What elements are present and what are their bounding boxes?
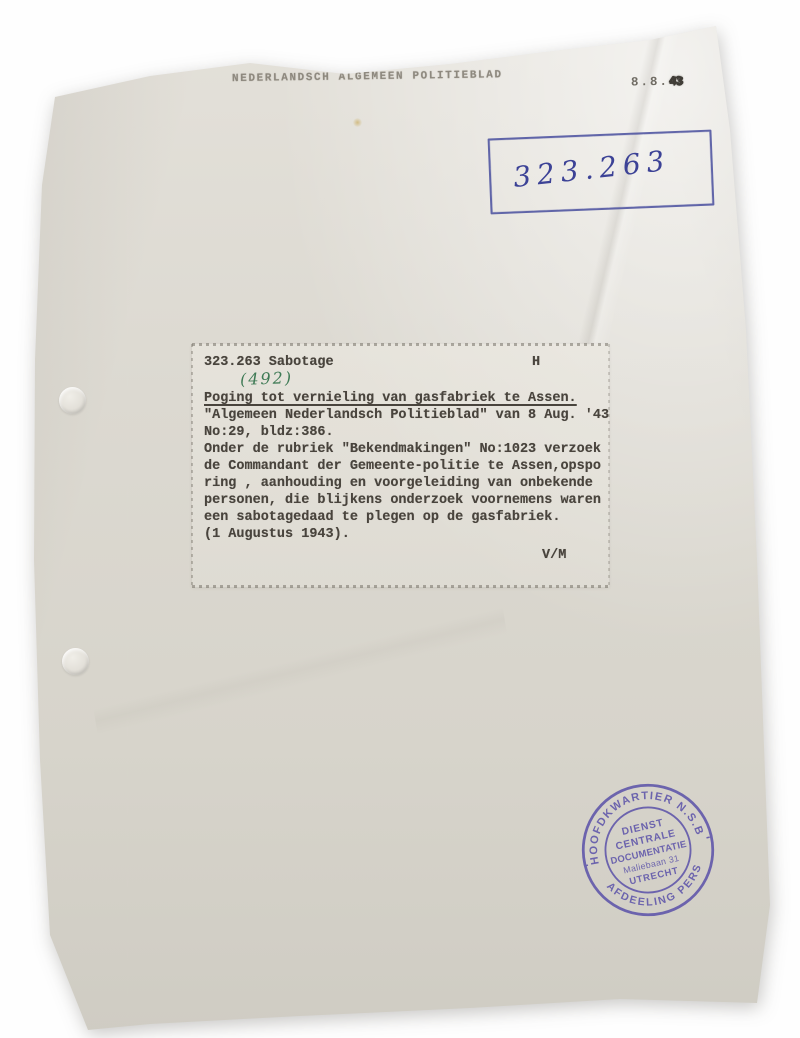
index-number-box: 323.263: [488, 130, 715, 215]
card-body-line: No:29, bldz:386.: [204, 424, 609, 441]
card-corner-mark: H: [532, 354, 540, 371]
card-article-title: Poging tot vernieling van gasfabriek te …: [204, 390, 577, 407]
document-sheet: NEDERLANDSCH ALGEMEEN POLITIEBLAD 8.8.43…: [0, 0, 800, 1038]
publication-masthead: NEDERLANDSCH ALGEMEEN POLITIEBLAD: [232, 69, 532, 85]
handwritten-index-number: 323.263: [512, 144, 672, 194]
photo-of-archive-document: NEDERLANDSCH ALGEMEEN POLITIEBLAD 8.8.43…: [0, 0, 800, 1038]
card-perforation-left: [191, 344, 193, 587]
card-body-line: (1 Augustus 1943).: [204, 526, 609, 543]
card-body-line: Onder de rubriek "Bekendmakingen" No:102…: [204, 441, 609, 458]
stamped-date-overstrike: 43: [669, 75, 682, 89]
card-body-text: "Algemeen Nederlandsch Politieblad" van …: [204, 407, 609, 543]
punch-hole: [62, 648, 89, 675]
card-typist-initials: V/M: [542, 547, 566, 564]
card-body-line: een sabotagedaad te plegen op de gasfabr…: [204, 509, 609, 526]
paper-shadow-wrap: NEDERLANDSCH ALGEMEEN POLITIEBLAD 8.8.43…: [0, 0, 800, 1038]
handwritten-annotation: (492): [240, 368, 294, 389]
stamped-date-prefix: 8.8.: [631, 75, 669, 90]
card-body-line: "Algemeen Nederlandsch Politieblad" van …: [204, 407, 609, 424]
card-body-line: de Commandant der Gemeente-politie te As…: [204, 458, 609, 475]
punch-hole: [59, 387, 86, 414]
card-body-line: ring , aanhouding en voorgeleiding van o…: [204, 475, 609, 492]
nsb-documentation-stamp: HOOFDKWARTIER N.S.B. AFDEELING PERS DIEN…: [559, 761, 736, 938]
card-body-line: personen, die blijkens onderzoek voornem…: [204, 492, 609, 509]
paper-stain: [353, 118, 362, 127]
stamped-date: 8.8.43: [631, 75, 682, 90]
pasted-index-card: 323.263 Sabotage H (492) Poging tot vern…: [192, 344, 609, 587]
